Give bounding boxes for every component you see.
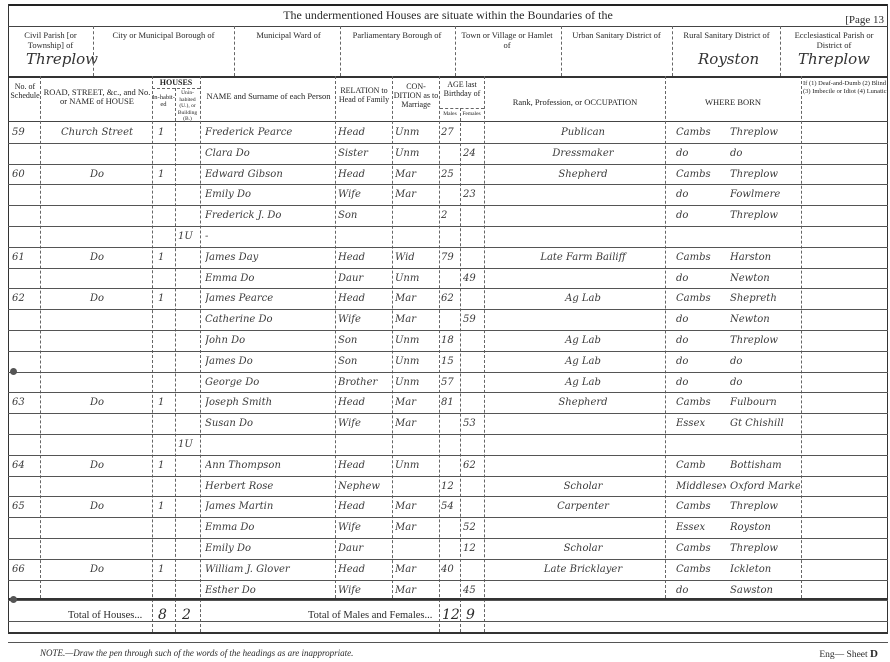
divider	[152, 88, 200, 89]
person-name: James Day	[205, 252, 333, 263]
birth-place: Threplow	[730, 501, 800, 512]
divider	[152, 76, 153, 632]
schedule-number: 60	[12, 169, 38, 180]
inhabited-count: 1	[158, 293, 172, 304]
occupation: Ag Lab	[508, 335, 658, 346]
divider	[801, 76, 802, 598]
female-age: 49	[463, 273, 483, 284]
col-header-infirmity: If (1) Deaf-and-Dumb (2) Blind (3) Imbec…	[803, 80, 887, 96]
female-age: 24	[463, 148, 483, 159]
total-inhabited: 8	[158, 607, 167, 623]
relation-to-head: Brother	[338, 377, 390, 388]
birth-county: Cambs	[676, 543, 726, 554]
divider	[175, 88, 176, 632]
birth-county: Cambs	[676, 169, 726, 180]
relation-to-head: Wife	[338, 418, 390, 429]
divider	[460, 108, 461, 632]
punch-hole-mark	[10, 596, 17, 603]
relation-to-head: Son	[338, 335, 390, 346]
relation-to-head: Sister	[338, 148, 390, 159]
relation-to-head: Son	[338, 210, 390, 221]
birth-place: Newton	[730, 273, 800, 284]
birth-place: Harston	[730, 252, 800, 263]
row-divider	[8, 642, 888, 643]
schedule-number: 66	[12, 564, 38, 575]
col-header-age: AGE last Birthday of	[440, 80, 484, 98]
male-age: 57	[441, 377, 459, 388]
person-name: Edward Gibson	[205, 169, 333, 180]
person-name: Emma Do	[205, 522, 333, 533]
divider	[200, 76, 201, 632]
divider	[93, 26, 94, 76]
person-name: Frederick J. Do	[205, 210, 333, 221]
marital-condition: Unm	[395, 127, 437, 138]
col-header-name: NAME and Surname of each Person	[202, 92, 335, 101]
occupation: Late Bricklayer	[508, 564, 658, 575]
relation-to-head: Head	[338, 501, 390, 512]
marital-condition: Wid	[395, 252, 437, 263]
road-name: Do	[44, 460, 150, 471]
sheet-id-letter: D	[870, 648, 878, 660]
document-title: The undermentioned Houses are situate wi…	[8, 8, 888, 23]
relation-to-head: Wife	[338, 189, 390, 200]
divider	[40, 76, 41, 598]
inhabited-count: 1	[158, 169, 172, 180]
row-divider	[8, 580, 888, 581]
boundary-civil-parish-value: Threplow	[26, 50, 98, 68]
birth-county: Cambs	[676, 293, 726, 304]
divider	[234, 26, 235, 76]
divider	[340, 26, 341, 76]
occupation: Publican	[508, 127, 658, 138]
female-age: 23	[463, 189, 483, 200]
male-age: 25	[441, 169, 459, 180]
female-age: 12	[463, 543, 483, 554]
divider	[484, 76, 485, 632]
marital-condition: Unm	[395, 377, 437, 388]
inhabited-count: 1	[158, 564, 172, 575]
road-name: Do	[44, 564, 150, 575]
uninhabited-mark: 1U	[178, 231, 198, 242]
relation-to-head: Head	[338, 127, 390, 138]
marital-condition: Unm	[395, 356, 437, 367]
occupation: Ag Lab	[508, 377, 658, 388]
relation-to-head: Wife	[338, 585, 390, 596]
occupation: Ag Lab	[508, 356, 658, 367]
row-divider	[8, 538, 888, 539]
boundary-civil-parish-label: Civil Parish [or Township] of	[8, 30, 93, 50]
relation-to-head: Wife	[338, 522, 390, 533]
occupation: Shepherd	[508, 397, 658, 408]
birth-county: Cambs	[676, 564, 726, 575]
col-header-relation: RELATION to Head of Family	[336, 86, 392, 104]
boundary-urban-sanitary-label: Urban Sanitary District of	[564, 30, 669, 40]
occupation: Scholar	[508, 481, 658, 492]
row-divider	[8, 184, 888, 185]
occupation: Ag Lab	[508, 293, 658, 304]
census-sheet: The undermentioned Houses are situate wi…	[8, 4, 888, 634]
birth-place: Royston	[730, 522, 800, 533]
total-males: 12	[442, 607, 460, 623]
birth-county: do	[676, 148, 726, 159]
marital-condition: Unm	[395, 148, 437, 159]
marital-condition: Mar	[395, 169, 437, 180]
schedule-number: 59	[12, 127, 38, 138]
birth-place: Shepreth	[730, 293, 800, 304]
divider	[392, 76, 393, 598]
marital-condition: Mar	[395, 418, 437, 429]
sheet-id-prefix: Eng— Sheet	[819, 650, 867, 660]
relation-to-head: Daur	[338, 273, 390, 284]
boundary-town-village-label: Town or Village or Hamlet of	[457, 30, 557, 50]
inhabited-count: 1	[158, 127, 172, 138]
divider	[335, 76, 336, 598]
inhabited-count: 1	[158, 397, 172, 408]
birth-county: do	[676, 210, 726, 221]
relation-to-head: Head	[338, 293, 390, 304]
occupation: Carpenter	[508, 501, 658, 512]
row-divider	[8, 288, 888, 289]
row-divider	[8, 600, 888, 601]
total-females: 9	[466, 607, 475, 623]
person-name: Emma Do	[205, 273, 333, 284]
relation-to-head: Daur	[338, 543, 390, 554]
occupation: Shepherd	[508, 169, 658, 180]
column-header-top-line	[8, 76, 888, 78]
col-header-schedule: No. of Schedule	[10, 82, 40, 100]
birth-county: Camb	[676, 460, 726, 471]
uninhabited-mark: 1U	[178, 439, 198, 450]
marital-condition: Mar	[395, 522, 437, 533]
relation-to-head: Head	[338, 460, 390, 471]
boundary-ecclesiastical-value: Threplow	[798, 50, 870, 68]
male-age: 2	[441, 210, 459, 221]
birth-county: Cambs	[676, 127, 726, 138]
male-age: 40	[441, 564, 459, 575]
birth-county: Cambs	[676, 501, 726, 512]
male-age: 54	[441, 501, 459, 512]
birth-place: Gt Chishill	[730, 418, 800, 429]
relation-to-head: Wife	[338, 314, 390, 325]
birth-place: Threplow	[730, 543, 800, 554]
person-name: Ann Thompson	[205, 460, 333, 471]
male-age: 62	[441, 293, 459, 304]
male-age: 79	[441, 252, 459, 263]
occupation: Late Farm Bailiff	[508, 252, 658, 263]
schedule-number: 65	[12, 501, 38, 512]
relation-to-head: Head	[338, 169, 390, 180]
total-houses-label: Total of Houses...	[68, 610, 142, 621]
birth-county: do	[676, 273, 726, 284]
occupation: Scholar	[508, 543, 658, 554]
boundary-parliamentary-borough-label: Parliamentary Borough of	[342, 30, 452, 40]
road-name: Do	[44, 501, 150, 512]
divider	[672, 26, 673, 76]
inhabited-count: 1	[158, 460, 172, 471]
birth-county: Cambs	[676, 252, 726, 263]
boundary-top-line	[8, 26, 888, 27]
col-header-condition: CON-DITION as to Marriage	[393, 82, 439, 109]
page-number: [Page 13	[845, 14, 884, 26]
marital-condition: Mar	[395, 293, 437, 304]
marital-condition: Mar	[395, 585, 437, 596]
person-name: Esther Do	[205, 585, 333, 596]
schedule-number: 61	[12, 252, 38, 263]
inhabited-count: 1	[158, 501, 172, 512]
person-name: Frederick Pearce	[205, 127, 333, 138]
person-name: Emily Do	[205, 543, 333, 554]
marital-condition: Mar	[395, 501, 437, 512]
divider	[561, 26, 562, 76]
row-divider	[8, 330, 888, 331]
row-divider	[8, 455, 888, 456]
totals-bottom-line	[8, 632, 888, 634]
birth-place: Fulbourn	[730, 397, 800, 408]
row-divider	[8, 476, 888, 477]
person-name: Joseph Smith	[205, 397, 333, 408]
birth-county: do	[676, 585, 726, 596]
birth-county: Middlesex	[676, 481, 726, 492]
column-header-bottom-line	[8, 121, 888, 122]
row-divider	[8, 517, 888, 518]
birth-place: Threplow	[730, 335, 800, 346]
relation-to-head: Head	[338, 397, 390, 408]
person-name: Emily Do	[205, 189, 333, 200]
schedule-number: 64	[12, 460, 38, 471]
boundary-municipal-borough-label: City or Municipal Borough of	[96, 30, 231, 40]
birth-place: Oxford Market	[730, 481, 800, 492]
road-name: Church Street	[44, 127, 150, 138]
person-name: Herbert Rose	[205, 481, 333, 492]
occupation: Dressmaker	[508, 148, 658, 159]
person-name: George Do	[205, 377, 333, 388]
punch-hole-mark	[10, 368, 17, 375]
birth-county: do	[676, 189, 726, 200]
male-age: 27	[441, 127, 459, 138]
relation-to-head: Nephew	[338, 481, 390, 492]
person-name: James Martin	[205, 501, 333, 512]
person-name: Susan Do	[205, 418, 333, 429]
person-name: James Do	[205, 356, 333, 367]
female-age: 53	[463, 418, 483, 429]
col-header-females: Females	[460, 110, 483, 119]
birth-county: do	[676, 335, 726, 346]
person-name: William J. Glover	[205, 564, 333, 575]
relation-to-head: Head	[338, 252, 390, 263]
col-header-occupation: Rank, Profession, or OCCUPATION	[485, 98, 665, 107]
male-age: 15	[441, 356, 459, 367]
marital-condition: Mar	[395, 397, 437, 408]
birth-place: Sawston	[730, 585, 800, 596]
sheet-identifier: Eng— Sheet D	[819, 648, 878, 660]
person-name: James Pearce	[205, 293, 333, 304]
person-name: -	[205, 231, 333, 242]
birth-county: Essex	[676, 418, 726, 429]
marital-condition: Unm	[395, 273, 437, 284]
col-header-inhabited: In-habit-ed	[152, 94, 175, 108]
row-divider	[8, 351, 888, 352]
row-divider	[8, 372, 888, 373]
birth-place: Bottisham	[730, 460, 800, 471]
birth-place: Threplow	[730, 169, 800, 180]
road-name: Do	[44, 252, 150, 263]
person-name: Clara Do	[205, 148, 333, 159]
marital-condition: Mar	[395, 189, 437, 200]
person-name: Catherine Do	[205, 314, 333, 325]
row-divider	[8, 268, 888, 269]
female-age: 62	[463, 460, 483, 471]
birth-place: Threplow	[730, 127, 800, 138]
male-age: 18	[441, 335, 459, 346]
road-name: Do	[44, 397, 150, 408]
birth-place: do	[730, 377, 800, 388]
female-age: 59	[463, 314, 483, 325]
relation-to-head: Head	[338, 564, 390, 575]
female-age: 45	[463, 585, 483, 596]
birth-county: do	[676, 314, 726, 325]
col-header-males: Males	[440, 110, 460, 119]
birth-place: do	[730, 148, 800, 159]
birth-place: do	[730, 356, 800, 367]
row-divider	[8, 434, 888, 435]
birth-county: do	[676, 377, 726, 388]
birth-place: Fowlmere	[730, 189, 800, 200]
relation-to-head: Son	[338, 356, 390, 367]
row-divider	[8, 496, 888, 497]
row-divider	[8, 309, 888, 310]
birth-county: Cambs	[676, 397, 726, 408]
col-header-houses: HOUSES	[152, 78, 200, 87]
total-uninhabited: 2	[182, 607, 191, 623]
row-divider	[8, 413, 888, 414]
row-divider	[8, 143, 888, 144]
schedule-number: 63	[12, 397, 38, 408]
male-age: 12	[441, 481, 459, 492]
birth-place: Ickleton	[730, 564, 800, 575]
marital-condition: Unm	[395, 335, 437, 346]
footnote: NOTE.—Draw the pen through such of the w…	[40, 648, 353, 658]
marital-condition: Mar	[395, 564, 437, 575]
divider	[780, 26, 781, 76]
divider	[665, 76, 666, 598]
row-divider	[8, 205, 888, 206]
total-persons-label: Total of Males and Females...	[308, 610, 432, 621]
birth-county: Essex	[676, 522, 726, 533]
marital-condition: Mar	[395, 314, 437, 325]
birth-place: Newton	[730, 314, 800, 325]
boundary-rural-sanitary-value: Royston	[698, 50, 759, 68]
schedule-number: 62	[12, 293, 38, 304]
road-name: Do	[44, 169, 150, 180]
col-header-uninhabited: Unin-habited (U.), or Building (B.)	[175, 90, 200, 123]
row-divider	[8, 392, 888, 393]
male-age: 81	[441, 397, 459, 408]
road-name: Do	[44, 293, 150, 304]
col-header-road: ROAD, STREET, &c., and No. or NAME of HO…	[42, 88, 152, 106]
col-header-where-born: WHERE BORN	[666, 98, 800, 107]
female-age: 52	[463, 522, 483, 533]
birth-place: Threplow	[730, 210, 800, 221]
row-divider	[8, 226, 888, 227]
divider	[439, 76, 440, 632]
frame-top	[8, 4, 888, 6]
boundary-ecclesiastical-label: Ecclesiastical Parish or District of	[782, 30, 886, 50]
divider	[455, 26, 456, 76]
marital-condition: Unm	[395, 460, 437, 471]
row-divider	[8, 164, 888, 165]
divider	[440, 108, 484, 109]
person-name: John Do	[205, 335, 333, 346]
boundary-municipal-ward-label: Municipal Ward of	[236, 30, 341, 40]
inhabited-count: 1	[158, 252, 172, 263]
birth-county: do	[676, 356, 726, 367]
totals-top-line	[8, 598, 888, 600]
boundary-rural-sanitary-label: Rural Sanitary District of	[674, 30, 779, 40]
row-divider	[8, 559, 888, 560]
row-divider	[8, 247, 888, 248]
